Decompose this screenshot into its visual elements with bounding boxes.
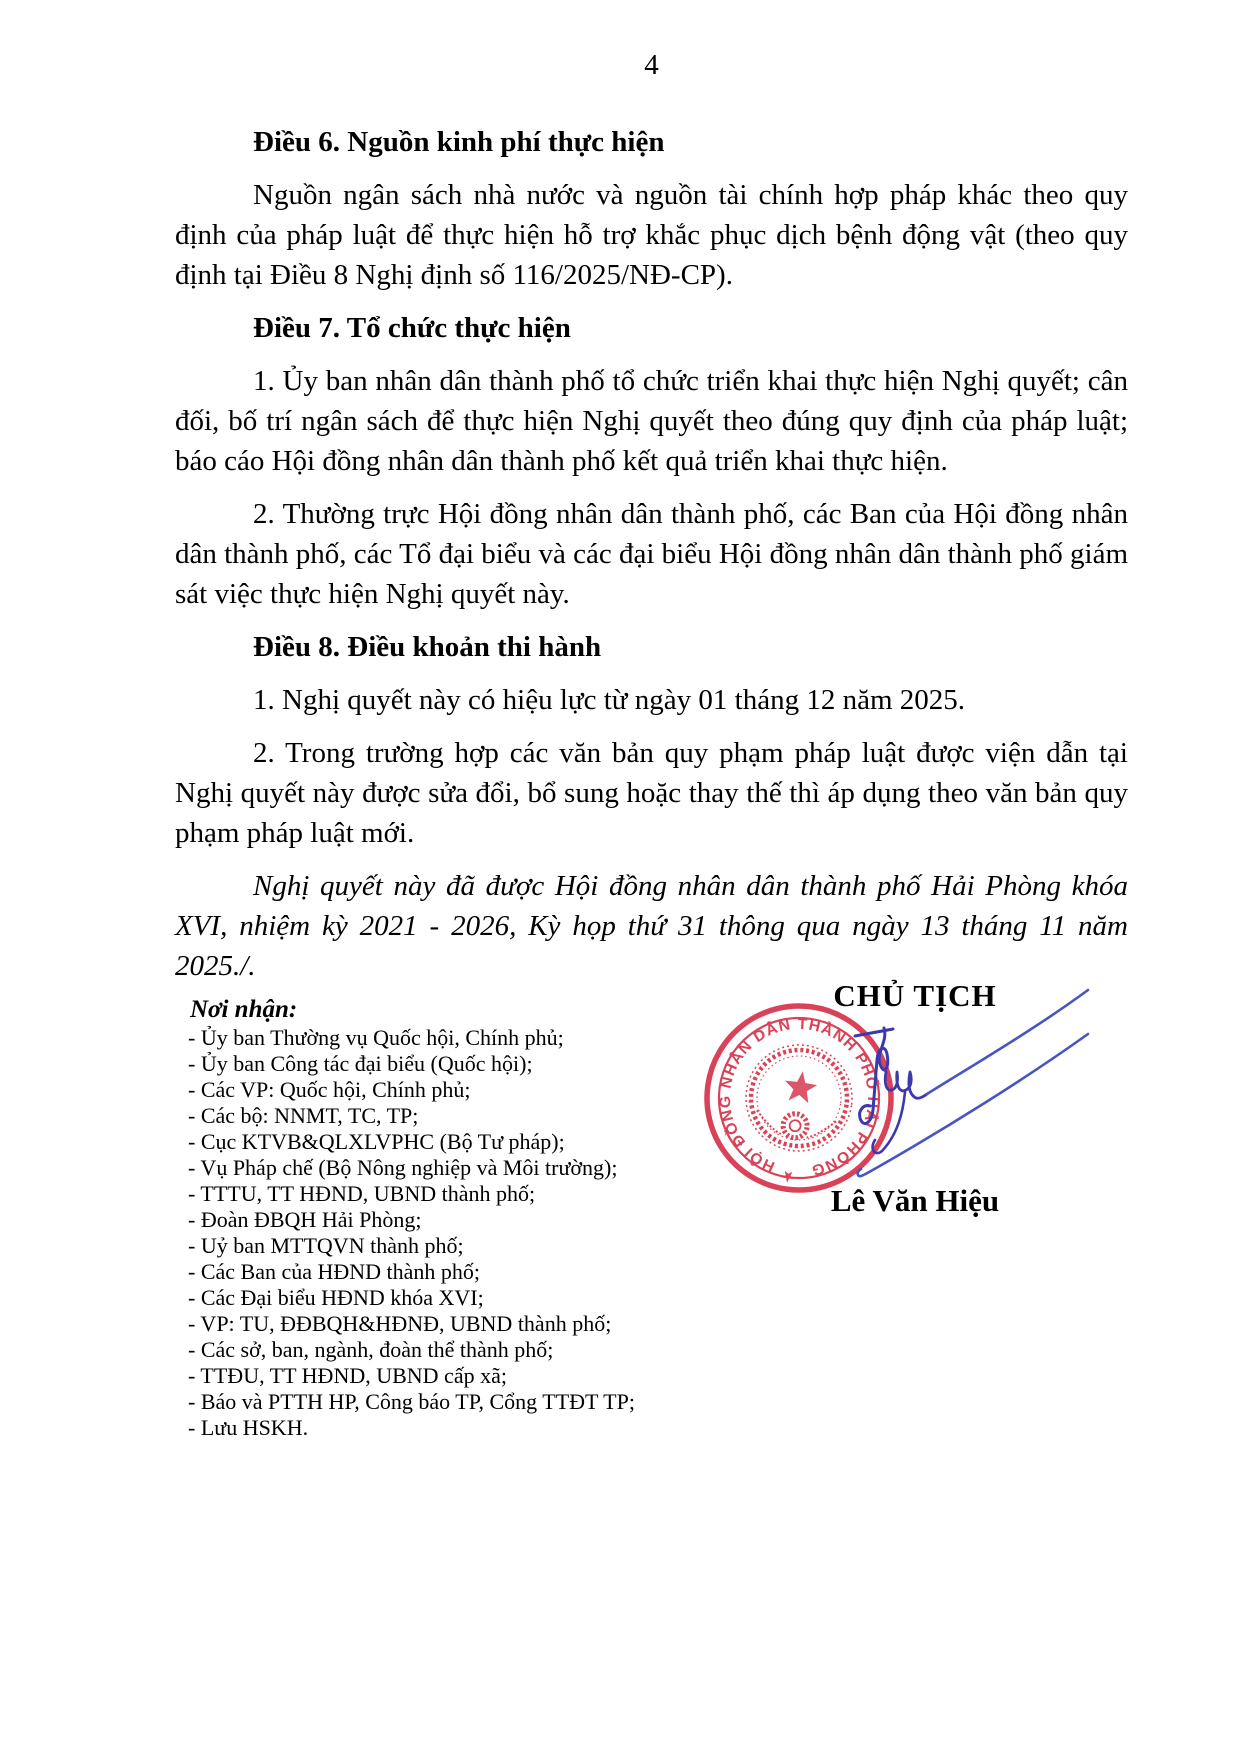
document-content: 4 Điều 6. Nguồn kinh phí thực hiện Nguồn… xyxy=(175,45,1128,1525)
closing-statement: Nghị quyết này đã được Hội đồng nhân dân… xyxy=(175,866,1128,986)
page-number: 4 xyxy=(175,45,1128,85)
seal-cog-icon xyxy=(782,1112,809,1139)
recipient-item: - Báo và PTTH HP, Công báo TP, Cổng TTĐT… xyxy=(188,1389,808,1415)
article-heading-8: Điều 8. Điều khoản thi hành xyxy=(175,627,1128,667)
signer-title: CHỦ TỊCH xyxy=(695,979,1135,1013)
article-heading-6: Điều 6. Nguồn kinh phí thực hiện xyxy=(175,122,1128,162)
signer-name: Lê Văn Hiệu xyxy=(695,1183,1135,1219)
seal-emblem xyxy=(739,1038,859,1158)
paragraph: Nguồn ngân sách nhà nước và nguồn tài ch… xyxy=(175,175,1128,295)
seal-star-icon xyxy=(782,1069,818,1104)
paragraph: 1. Nghị quyết này có hiệu lực từ ngày 01… xyxy=(175,680,1128,720)
recipient-item: - Lưu HSKH. xyxy=(188,1415,808,1441)
seal-and-signature-graphic: HỘI ĐỒNG NHÂN DÂN THÀNH PHỐ HẢI PHÒNG ★ xyxy=(695,979,1135,1319)
document-page: 4 Điều 6. Nguồn kinh phí thực hiện Nguồn… xyxy=(0,0,1241,1755)
signature-block: CHỦ TỊCH HỘI ĐỒNG NHÂN DÂN THÀNH PHỐ HẢI… xyxy=(695,979,1135,1329)
paragraph: 1. Ủy ban nhân dân thành phố tổ chức tri… xyxy=(175,361,1128,481)
paragraph: 2. Trong trường hợp các văn bản quy phạm… xyxy=(175,733,1128,853)
footer-block: Nơi nhận: - Ủy ban Thường vụ Quốc hội, C… xyxy=(175,995,1128,1525)
recipient-item: - Các sở, ban, ngành, đoàn thể thành phố… xyxy=(188,1337,808,1363)
paragraph: 2. Thường trực Hội đồng nhân dân thành p… xyxy=(175,494,1128,614)
article-heading-7: Điều 7. Tổ chức thực hiện xyxy=(175,308,1128,348)
recipient-item: - TTĐU, TT HĐND, UBND cấp xã; xyxy=(188,1363,808,1389)
